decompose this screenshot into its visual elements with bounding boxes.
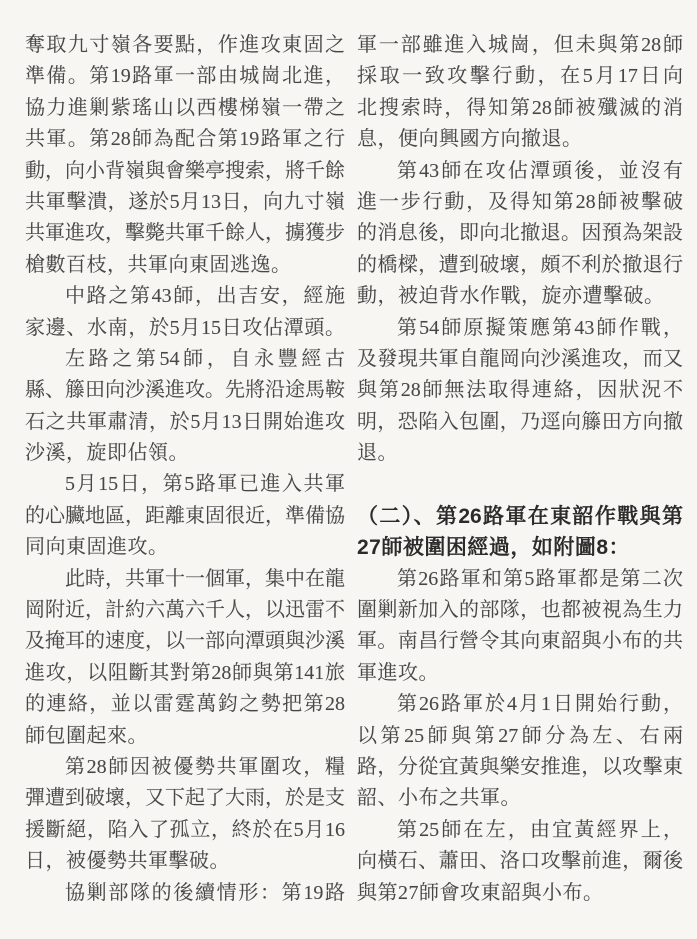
text-line: 第25師在左，由宜黃經界上，: [357, 815, 683, 846]
text-line: 共軍擊潰，遂於5月13日，向九寸嶺: [25, 187, 345, 218]
text-line: 北搜索時，得知第28師被殲滅的消: [357, 93, 683, 124]
text-line: 日，被優勢共軍擊破。: [25, 846, 345, 877]
text-line: 第28師因被優勢共軍圍攻，糧: [25, 752, 345, 783]
text-column-left: 奪取九寸嶺各要點，作進攻東固之準備。第19路軍一部由城崗北進，協力進剿紫瑤山以西…: [25, 30, 345, 939]
text-line: 師包圍起來。: [25, 721, 345, 752]
text-line: 槍數百枝，共軍向東固逃逸。: [25, 250, 345, 281]
text-line: 家邊、水南，於5月15日攻佔潭頭。: [25, 313, 345, 344]
text-line: 中路之第43師，出吉安，經施: [25, 281, 345, 312]
text-line: 圍剿新加入的部隊，也都被視為生力: [357, 595, 683, 626]
text-line: 第26路軍和第5路軍都是第二次: [357, 564, 683, 595]
text-line: 軍進攻。: [357, 658, 683, 689]
text-line: 軍。南昌行營令其向東韶與小布的共: [357, 626, 683, 657]
text-line: 石之共軍肅清，於5月13日開始進攻: [25, 407, 345, 438]
text-line: 及發現共軍自龍岡向沙溪進攻，而又: [357, 344, 683, 375]
text-line: 進一步行動，及得知第28師被擊破: [357, 187, 683, 218]
text-line: 共軍。第28師為配合第19路軍之行: [25, 124, 345, 155]
text-line: 與第28師無法取得連絡，因狀況不: [357, 375, 683, 406]
text-line: 進攻，以阻斷其對第28師與第141旅: [25, 658, 345, 689]
text-line: 第26路軍於4月1日開始行動，: [357, 689, 683, 720]
text-line: 協力進剿紫瑤山以西樓梯嶺一帶之: [25, 93, 345, 124]
text-line: 的橋樑，遭到破壞，頗不利於撤退行: [357, 250, 683, 281]
text-line: 的消息後，即向北撤退。因預為架設: [357, 218, 683, 249]
text-line: 協剿部隊的後續情形：第19路: [25, 878, 345, 909]
text-line: 向橫石、蕭田、洛口攻擊前進，爾後: [357, 846, 683, 877]
text-line: 第54師原擬策應第43師作戰，: [357, 313, 683, 344]
document-page: 奪取九寸嶺各要點，作進攻東固之準備。第19路軍一部由城崗北進，協力進剿紫瑤山以西…: [0, 0, 697, 939]
section-heading-line: （二）、第26路軍在東韶作戰與第: [357, 501, 683, 532]
text-line: 沙溪，旋即佔領。: [25, 438, 345, 469]
text-line: 息，便向興國方向撤退。: [357, 124, 683, 155]
text-line: 同向東固進攻。: [25, 532, 345, 563]
text-line: 軍一部雖進入城崗，但未與第28師: [357, 30, 683, 61]
text-line: 5月15日，第5路軍已進入共軍: [25, 469, 345, 500]
text-line: 縣、籐田向沙溪進攻。先將沿途馬鞍: [25, 375, 345, 406]
text-line: 退。: [357, 438, 683, 469]
text-line: 路，分從宜黃與樂安推進，以攻擊東: [357, 752, 683, 783]
text-line: 動，被迫背水作戰，旋亦遭擊破。: [357, 281, 683, 312]
text-line: 援斷絕，陷入了孤立，終於在5月16: [25, 815, 345, 846]
text-line: 採取一致攻擊行動，在5月17日向: [357, 61, 683, 92]
text-line: 準備。第19路軍一部由城崗北進，: [25, 61, 345, 92]
text-line: 左路之第54師，自永豐經古: [25, 344, 345, 375]
text-line: 與第27師會攻東韶與小布。: [357, 878, 683, 909]
text-line: 第43師在攻佔潭頭後，並沒有: [357, 156, 683, 187]
text-line: 韶、小布之共軍。: [357, 783, 683, 814]
text-line: 此時，共軍十一個軍，集中在龍: [25, 564, 345, 595]
text-line: 的心臟地區，距離東固很近，準備協: [25, 501, 345, 532]
text-line: 動，向小背嶺與會樂亭搜索，將千餘: [25, 156, 345, 187]
text-line: 明，恐陷入包圍，乃逕向籐田方向撤: [357, 407, 683, 438]
text-line: 共軍進攻，擊斃共軍千餘人，擄獲步: [25, 218, 345, 249]
text-line: 彈遭到破壞，又下起了大雨，於是支: [25, 783, 345, 814]
text-line: 以第25師與第27師分為左、右兩: [357, 721, 683, 752]
text-line: 及掩耳的速度，以一部向潭頭與沙溪: [25, 626, 345, 657]
section-heading-line: 27師被圍困經過，如附圖8：: [357, 532, 683, 563]
text-line: 岡附近，計約六萬六千人，以迅雷不: [25, 595, 345, 626]
text-line: 的連絡，並以雷霆萬鈞之勢把第28: [25, 689, 345, 720]
text-line: [357, 469, 683, 500]
text-line: 奪取九寸嶺各要點，作進攻東固之: [25, 30, 345, 61]
text-column-right: 軍一部雖進入城崗，但未與第28師採取一致攻擊行動，在5月17日向北搜索時，得知第…: [357, 30, 683, 939]
